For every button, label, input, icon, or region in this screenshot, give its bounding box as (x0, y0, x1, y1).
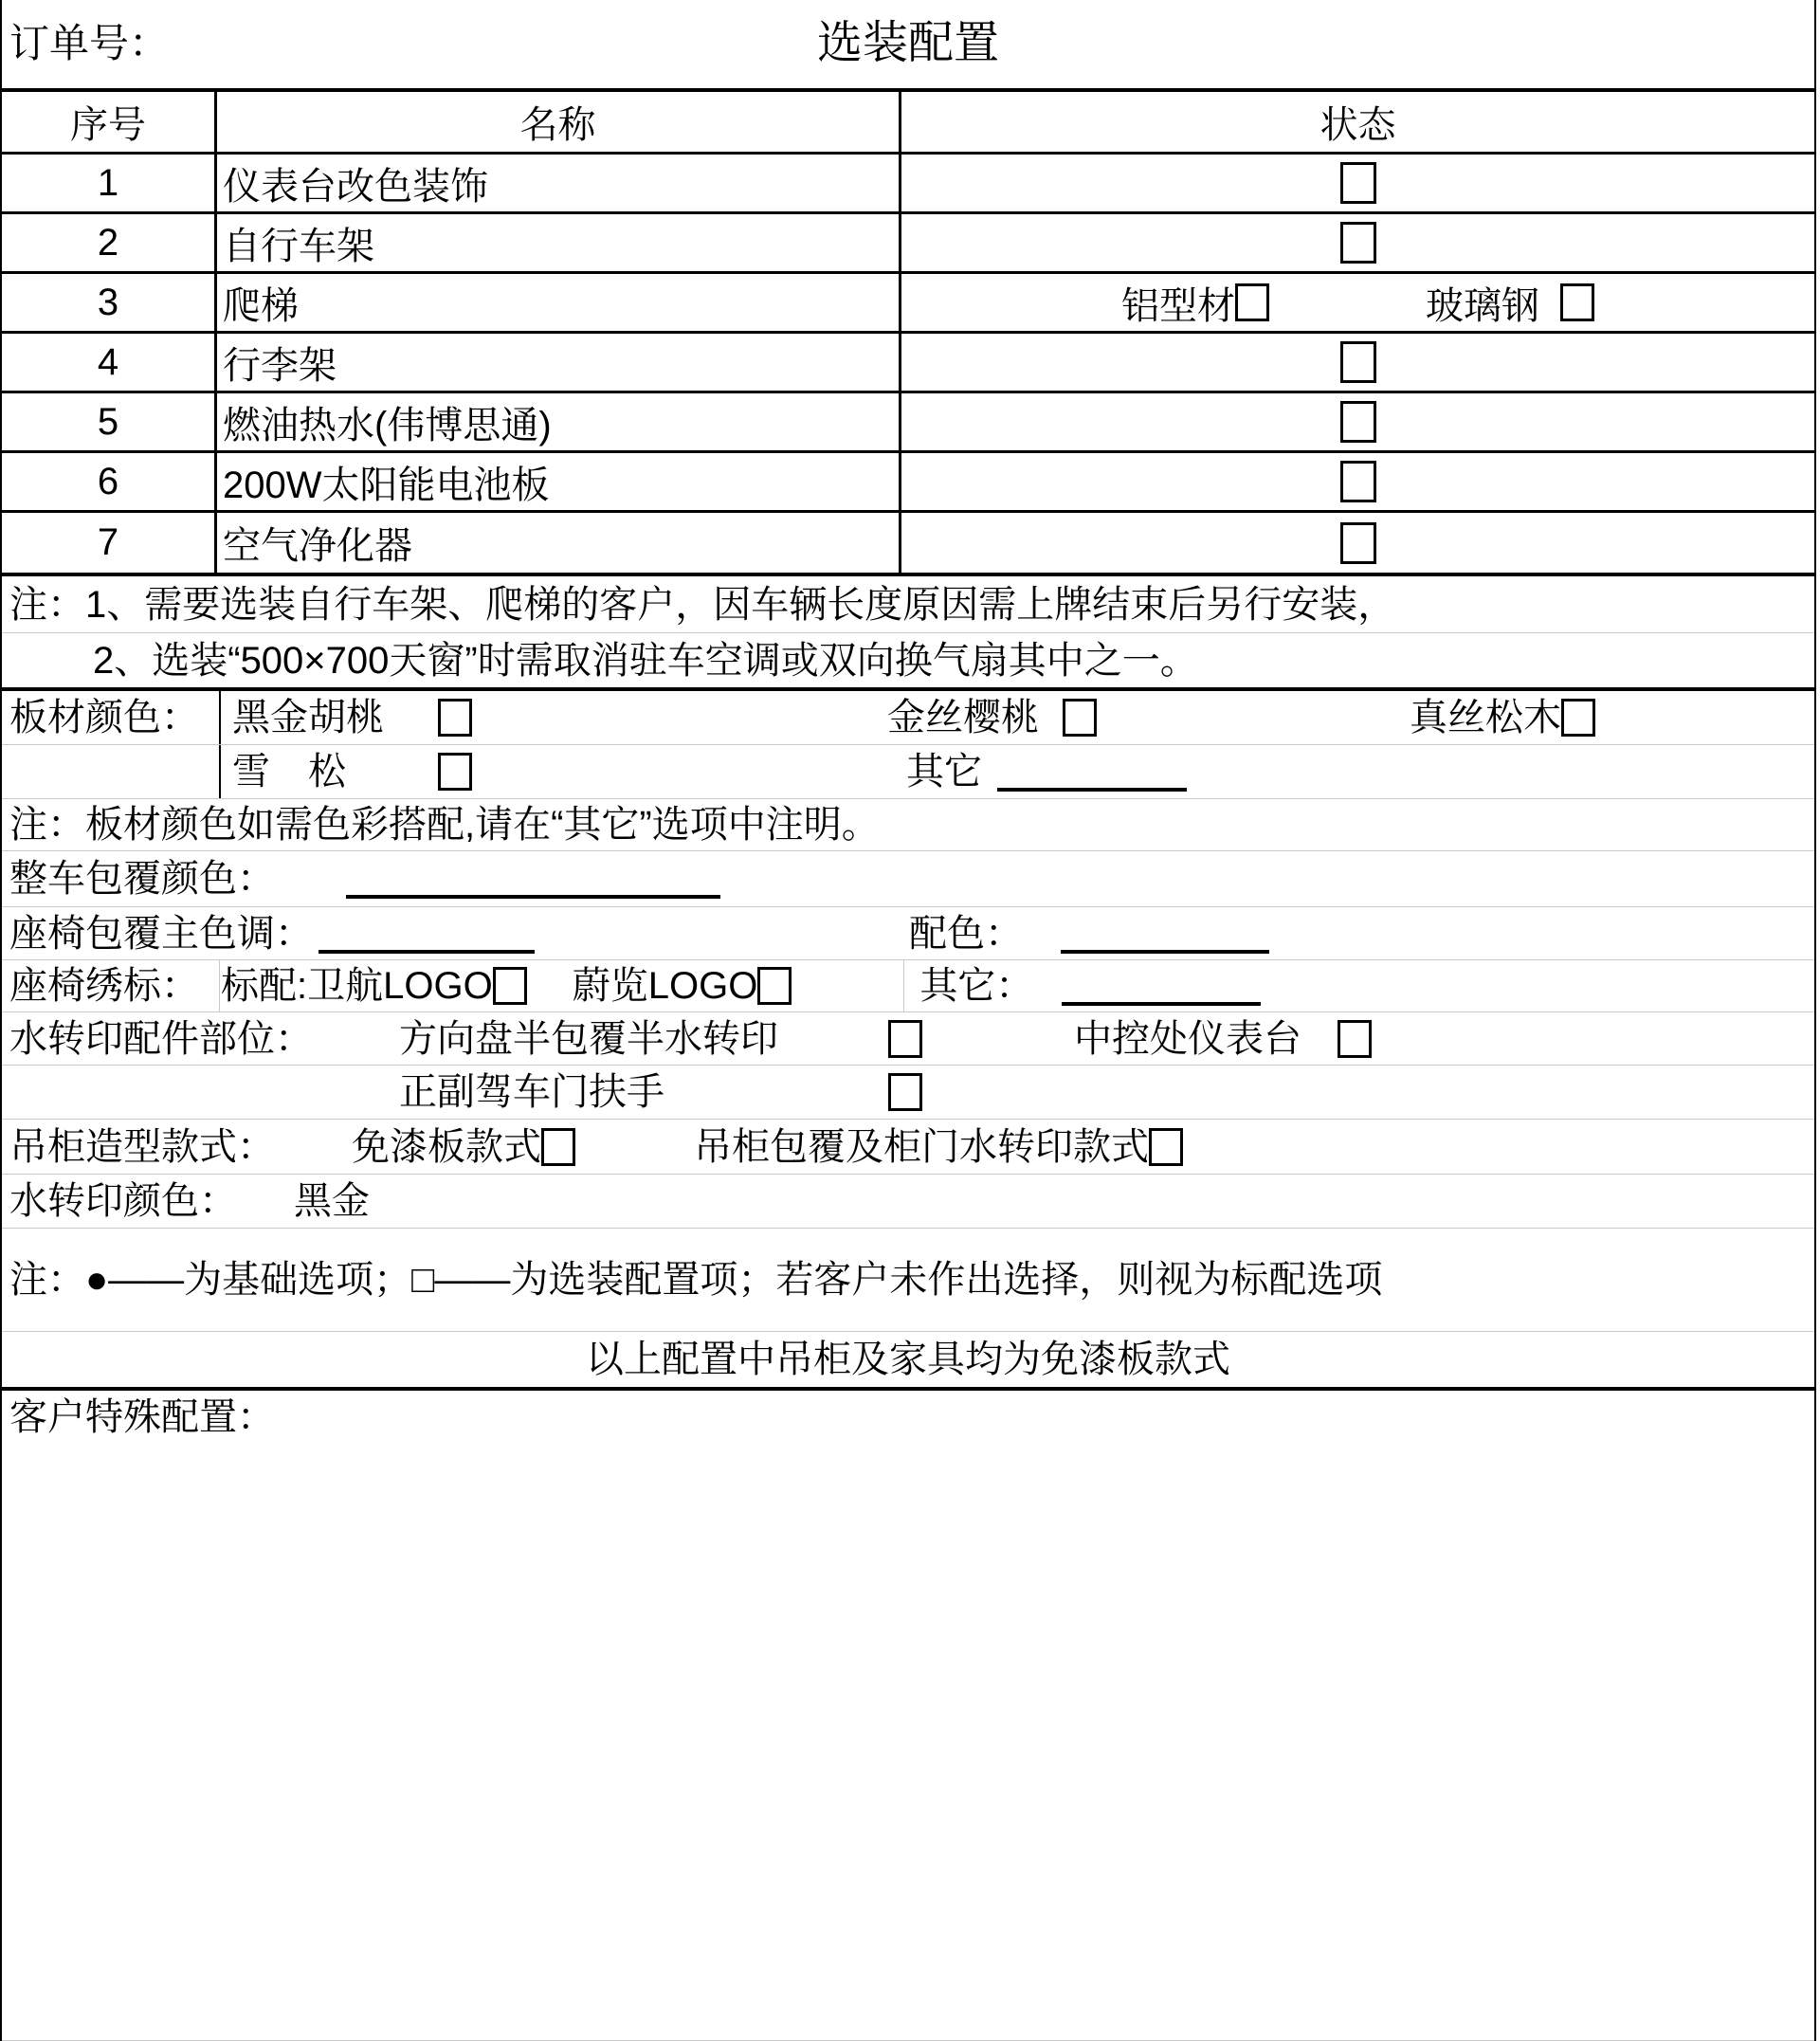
page-title: 选装配置 (2, 19, 1814, 69)
panel-color-pine-checkbox[interactable] (1561, 699, 1595, 737)
panel-color-row-2: 雪 松 其它 (2, 745, 1814, 799)
cabinet-water-transfer-checkbox[interactable] (1149, 1128, 1183, 1166)
row-name: 空气净化器 (217, 513, 901, 573)
sheet-header: 订单号： 选装配置 (2, 0, 1814, 88)
ladder-aluminum-checkbox[interactable] (1235, 283, 1269, 321)
row-no: 5 (2, 393, 217, 450)
status-checkbox[interactable] (1340, 401, 1376, 443)
seat-logo-standard-prefix: 标配: (221, 965, 307, 1007)
wrap-color-blank[interactable] (346, 859, 720, 899)
seat-logo-divider-2 (903, 960, 904, 1011)
row-no: 6 (2, 453, 217, 510)
status-checkbox[interactable] (1340, 341, 1376, 383)
note-line-2: 2、选装“500×700天窗”时需取消驻车空调或双向换气扇其中之一。 (2, 633, 1814, 691)
cabinet-opt2-label: 吊柜包覆及柜门水转印款式 (694, 1126, 1149, 1168)
panel-color-opt-cedar-label: 雪 松 (232, 751, 438, 793)
water-parts-steering-checkbox[interactable] (888, 1020, 922, 1058)
seat-logo-row: 座椅绣标： 标配: 卫航LOGO 蔚览LOGO 其它： (2, 960, 1814, 1012)
water-parts-row-2: 正副驾车门扶手 (2, 1066, 1814, 1120)
legend-note-text: 注：●——为基础选项；□——为选装配置项；若客户未作出选择，则视为标配选项 (9, 1259, 1382, 1301)
seat-logo-label: 座椅绣标： (9, 965, 221, 1007)
table-row: 2 自行车架 (2, 214, 1814, 274)
table-header-row: 序号 名称 状态 (2, 92, 1814, 155)
footer-note-row: 以上配置中吊柜及家具均为免漆板款式 (2, 1332, 1814, 1391)
special-config-label: 客户特殊配置： (9, 1396, 275, 1438)
wrap-color-label: 整车包覆颜色： (9, 858, 275, 900)
status-checkbox[interactable] (1340, 222, 1376, 264)
water-parts-dashboard-checkbox[interactable] (1338, 1020, 1372, 1058)
water-parts-door-handle-checkbox[interactable] (888, 1073, 922, 1111)
seat-main-color-label: 座椅包覆主色调： (9, 913, 313, 955)
water-parts-row-1: 水转印配件部位： 方向盘半包覆半水转印 中控处仪表台 (2, 1012, 1814, 1066)
panel-color-opt-pine-label: 真丝松木 (1410, 697, 1561, 738)
seat-accent-color-label: 配色： (909, 913, 1023, 955)
order-config-sheet: 订单号： 选装配置 序号 名称 状态 1 仪表台改色装饰 2 自行车架 3 爬梯… (0, 0, 1816, 2041)
row-no: 1 (2, 155, 217, 211)
panel-color-note-text: 注：板材颜色如需色彩搭配,请在“其它”选项中注明。 (9, 804, 880, 846)
panel-color-other-label: 其它 (906, 751, 982, 793)
status-checkbox[interactable] (1340, 162, 1376, 204)
row-name: 爬梯 (217, 274, 901, 331)
table-row: 6 200W太阳能电池板 (2, 453, 1814, 513)
table-row: 5 燃油热水(伟博思通) (2, 393, 1814, 453)
special-config-section[interactable]: 客户特殊配置： (2, 1391, 1814, 2041)
panel-color-walnut-checkbox[interactable] (438, 699, 472, 737)
wrap-color-row: 整车包覆颜色： (2, 851, 1814, 907)
seat-color-row: 座椅包覆主色调： 配色： (2, 907, 1814, 960)
water-parts-opt3-label: 正副驾车门扶手 (399, 1071, 888, 1113)
panel-color-row-1: 板材颜色： 黑金胡桃 金丝樱桃 真丝松木 (2, 691, 1814, 745)
panel-color-opt-cherry-label: 金丝樱桃 (887, 697, 1039, 738)
seat-logo-opt2-label: 蔚览LOGO (573, 965, 758, 1007)
seat-main-color-blank[interactable] (318, 914, 535, 954)
note-line-2-text: 2、选装“500×700天窗”时需取消驻车空调或双向换气扇其中之一。 (93, 640, 1198, 682)
status-checkbox[interactable] (1340, 461, 1376, 502)
panel-color-cedar-checkbox[interactable] (438, 753, 472, 791)
seat-logo-opt1-label: 卫航LOGO (307, 965, 493, 1007)
legend-note-row: 注：●——为基础选项；□——为选装配置项；若客户未作出选择，则视为标配选项 (2, 1229, 1814, 1332)
ladder-option-aluminum-label: 铝型材 (1121, 276, 1235, 330)
panel-color-label: 板材颜色： (9, 697, 219, 738)
water-parts-opt2-label: 中控处仪表台 (1074, 1018, 1301, 1060)
col-header-status: 状态 (901, 92, 1814, 152)
col-header-no: 序号 (2, 92, 217, 152)
note-line-1: 注：1、需要选装自行车架、爬梯的客户，因车辆长度原因需上牌结束后另行安装， (2, 576, 1814, 633)
seat-logo-divider-1 (219, 960, 220, 1011)
ladder-option-frp-label: 玻璃钢 (1426, 276, 1539, 330)
note-line-1-text: 注：1、需要选装自行车架、爬梯的客户，因车辆长度原因需上牌结束后另行安装， (9, 584, 1395, 626)
row-name: 自行车架 (217, 214, 901, 271)
table-row: 1 仪表台改色装饰 (2, 155, 1814, 214)
row-no: 4 (2, 334, 217, 391)
cabinet-style-label: 吊柜造型款式： (9, 1126, 352, 1168)
panel-color-opt-walnut-label: 黑金胡桃 (232, 697, 438, 738)
cabinet-paint-free-checkbox[interactable] (541, 1128, 575, 1166)
table-row: 4 行李架 (2, 334, 1814, 393)
col-header-name: 名称 (217, 92, 901, 152)
seat-logo-weilan-checkbox[interactable] (757, 967, 792, 1005)
panel-color-section: 板材颜色： 黑金胡桃 金丝樱桃 真丝松木 雪 松 其它 (2, 691, 1814, 799)
panel-color-note-row: 注：板材颜色如需色彩搭配,请在“其它”选项中注明。 (2, 799, 1814, 851)
seat-logo-other-blank[interactable] (1062, 966, 1261, 1006)
row-name: 仪表台改色装饰 (217, 155, 901, 211)
row-name: 200W太阳能电池板 (217, 453, 901, 510)
panel-color-other-blank[interactable] (997, 752, 1187, 792)
water-parts-label: 水转印配件部位： (9, 1018, 399, 1060)
ladder-frp-checkbox[interactable] (1560, 283, 1594, 321)
row-name: 燃油热水(伟博思通) (217, 393, 901, 450)
water-color-value: 黑金 (294, 1180, 370, 1222)
seat-logo-weihang-checkbox[interactable] (493, 967, 527, 1005)
water-parts-opt1-label: 方向盘半包覆半水转印 (399, 1018, 888, 1060)
options-table: 序号 名称 状态 1 仪表台改色装饰 2 自行车架 3 爬梯 铝型材 玻璃钢 (2, 88, 1814, 576)
water-color-row: 水转印颜色： 黑金 (2, 1175, 1814, 1229)
row-no: 7 (2, 513, 217, 573)
seat-accent-color-blank[interactable] (1061, 914, 1269, 954)
row-no: 3 (2, 274, 217, 331)
footer-note-text: 以上配置中吊柜及家具均为免漆板款式 (586, 1339, 1230, 1380)
table-row: 7 空气净化器 (2, 513, 1814, 573)
panel-color-cherry-checkbox[interactable] (1063, 699, 1097, 737)
row-no: 2 (2, 214, 217, 271)
status-checkbox[interactable] (1340, 522, 1376, 564)
seat-logo-other-label: 其它： (919, 965, 1033, 1007)
cabinet-opt1-label: 免漆板款式 (352, 1126, 541, 1168)
table-row: 3 爬梯 铝型材 玻璃钢 (2, 274, 1814, 334)
water-color-label: 水转印颜色： (9, 1180, 237, 1222)
row-name: 行李架 (217, 334, 901, 391)
cabinet-style-row: 吊柜造型款式： 免漆板款式 吊柜包覆及柜门水转印款式 (2, 1120, 1814, 1175)
